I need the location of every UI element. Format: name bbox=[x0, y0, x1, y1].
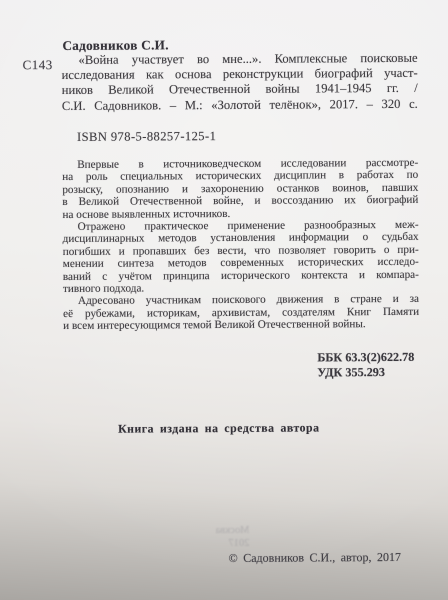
isbn-line: ISBN 978-5-88257-125-1 bbox=[77, 129, 216, 145]
showthrough-text: Москва2017 bbox=[187, 524, 249, 550]
annotation-paragraph-3: Адресовано участникам поискового движени… bbox=[63, 293, 419, 332]
text-line: ников Великой Отечественной войны 1941–1… bbox=[62, 81, 418, 98]
annotation-paragraph-2: Отражено практическое применение разнооб… bbox=[63, 219, 419, 296]
bbk-code: ББК 63.3(2)622.78 bbox=[317, 350, 414, 366]
copyright-line: © Садовников С.И., автор, 2017 bbox=[229, 550, 401, 566]
annotation-paragraph-1: Впервые в источниковедческом исследовани… bbox=[62, 157, 418, 221]
udk-code: УДК 355.293 bbox=[317, 365, 414, 381]
funding-note: Книга издана на средства автора bbox=[64, 420, 374, 437]
text-line: и всем интересующимся темой Великой Отеч… bbox=[63, 318, 419, 333]
book-page-photo: С143 Садовников С.И. «Война участвует во… bbox=[0, 0, 448, 600]
text-line: С.И. Садовников. – М.: «Золотой телёнок»… bbox=[62, 96, 418, 113]
annotation: Впервые в источниковедческом исследовани… bbox=[62, 157, 419, 333]
classification-codes: ББК 63.3(2)622.78 УДК 355.293 bbox=[317, 350, 414, 381]
catalog-code: С143 bbox=[23, 57, 53, 73]
text-line: Москва bbox=[187, 524, 249, 537]
page-content: С143 Садовников С.И. «Война участвует во… bbox=[0, 0, 448, 600]
text-line: ваний с учётом принципа исторического ко… bbox=[63, 268, 419, 283]
bibliographic-description: «Война участвует во мне...». Комплексные… bbox=[61, 51, 417, 114]
text-line: 2017 bbox=[187, 537, 249, 550]
text-line: в Великой Отечественной войне, и воссозд… bbox=[62, 194, 418, 209]
